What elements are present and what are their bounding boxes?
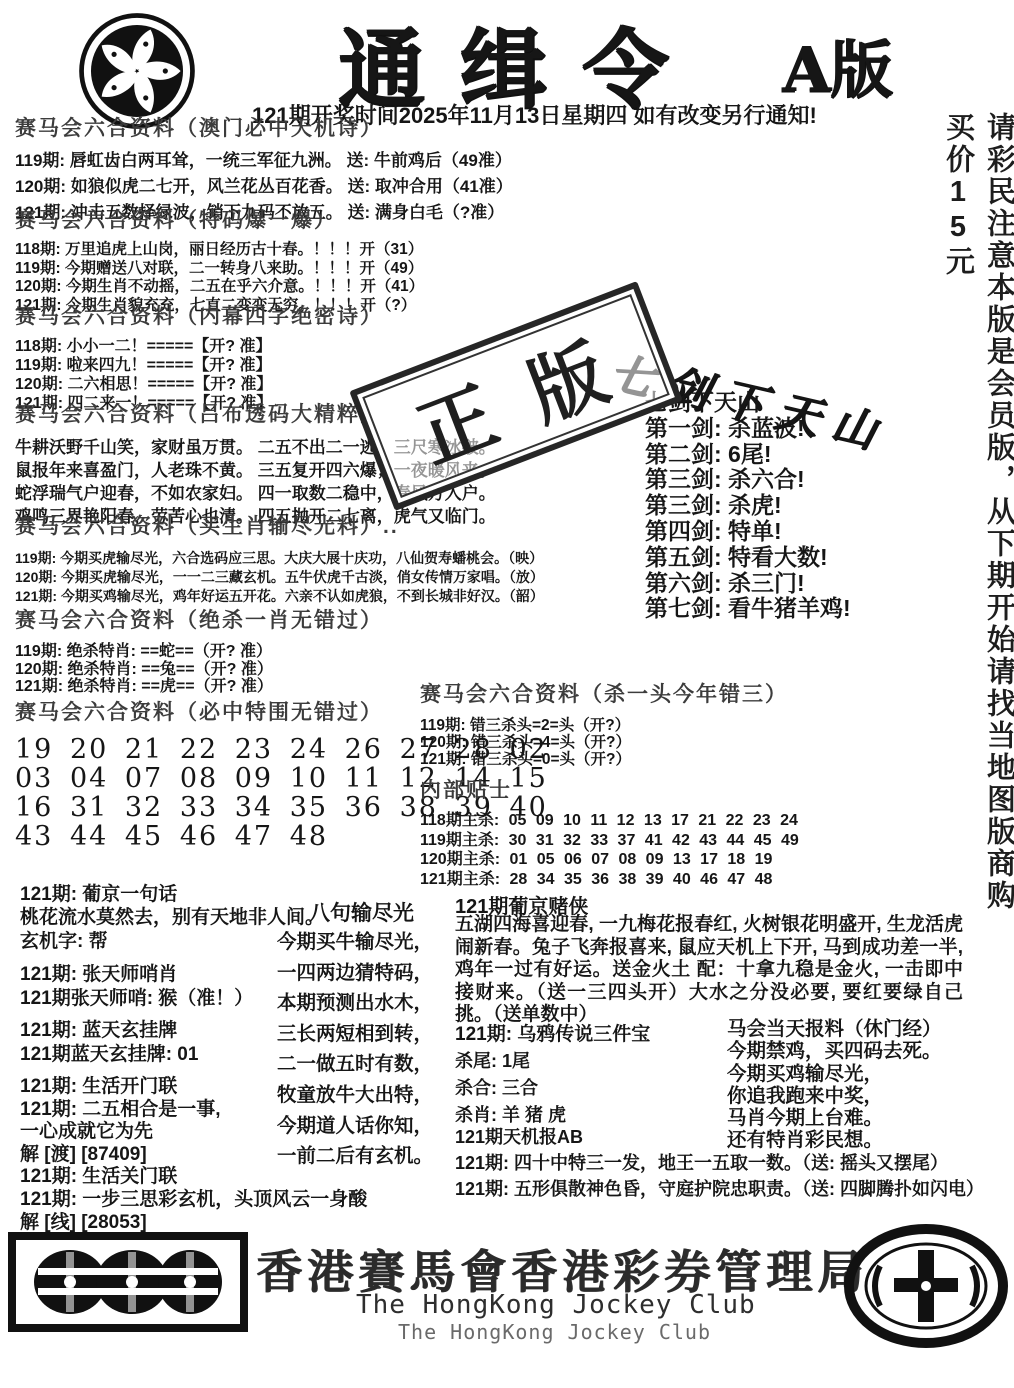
zhang-tianshi-title: 121期: 张天师哨肖 [20, 959, 177, 986]
kill-number-row: 120期主杀: 01 05 06 07 08 09 13 17 18 19 [420, 850, 960, 870]
data-line: 120期: 今期买虎输尽光，一一二三藏玄机。五牛伏虎千古淡，俏女传情万家唱。（放… [15, 568, 655, 587]
report-line: 今期禁鸡，买四码去死。 [727, 1040, 942, 1062]
lantian-line: 121期蓝天玄挂牌: 01 [20, 1039, 198, 1066]
sword-item: 第六剑: 杀三门! [645, 571, 851, 597]
inner-tips-title: 内部贴士 [420, 774, 960, 804]
section-title: 赛马会六合资料（澳门必中天机诗） [15, 112, 655, 142]
tianji-line: 121期: 四十中特三一发，地王一五取一数。（送: 摇头又摆尾） [455, 1150, 984, 1176]
verse-line: 二一做五时有数， [277, 1050, 433, 1081]
eight-verse: 今期买牛输尽光， 一四两边猜特码， 本期预测出水木， 三长两短相到转， 二一做五… [277, 928, 433, 1173]
lantian-title: 121期: 蓝天玄挂牌 [20, 1015, 177, 1042]
tianji-line: 121期: 五形俱散神色昏，守庭护院忠职责。（送: 四脚腾扑如闪电） [455, 1176, 984, 1202]
data-line: 120期: 今期生肖不动摇，二五在乎六介意。！！！开（41） [15, 278, 655, 297]
crow-line: 杀合: 三合 [455, 1075, 650, 1102]
data-line: 120期: 绝杀特肖: ==兔==（开? 准） [15, 661, 655, 679]
seven-swords-list: 七剑下天山 第一剑: 杀蓝波! 第二剑: 6尾! 第三剑: 杀六合! 第三剑: … [645, 390, 851, 622]
verse-line: 三长两短相到转， [277, 1020, 433, 1051]
sword-item: 第三剑: 杀六合! [645, 467, 851, 493]
sword-item: 第四剑: 特单! [645, 519, 851, 545]
pujing-dux-text: 五湖四海喜迎春, 一九梅花报春红, 火树银花明盛开, 生龙活虎闹新春。兔子飞奔报… [455, 914, 963, 1027]
section-tema-bao: 赛马会六合资料（特码爆一爆） 118期: 万里追虎上山岗，丽日经历古十春。！！！… [15, 204, 655, 315]
kill-number-row: 118期主杀: 05 09 10 11 12 13 17 21 22 23 24 [420, 811, 960, 831]
sword-item: 第五剑: 特看大数! [645, 545, 851, 571]
crow-legend-block: 121期: 乌鸦传说三件宝 杀尾: 1尾 杀合: 三合 杀肖: 羊 猪 虎 [455, 1021, 650, 1129]
verse-line: 今期买牛输尽光， [277, 928, 433, 959]
crow-line: 杀尾: 1尾 [455, 1048, 650, 1075]
report-line: 今期买鸡输尽光， [727, 1063, 942, 1085]
footer-english-subtitle: The HongKong Jockey Club [398, 1320, 711, 1344]
section-title: 赛马会六合资料（买生肖输尽光料）.. [15, 510, 655, 540]
sword-item: 第二剑: 6尾! [645, 442, 851, 468]
report-line: 你追我跑来中奖， [727, 1085, 942, 1107]
data-line: 119期: 今期赠送八对联，二一转身八来助。！！！开（49） [15, 260, 655, 279]
sword-item: 第七剑: 看牛猪羊鸡! [645, 596, 851, 622]
sword-item: 第三剑: 杀虎! [645, 493, 851, 519]
daily-report-title: 马会当天报料（休门经） [727, 1018, 942, 1040]
section-title: 赛马会六合资料（杀一头今年错三） [420, 678, 960, 708]
guanmen-jie: 解 [线] [28053] [20, 1207, 147, 1234]
verse-line: 一四两边猜特码， [277, 959, 433, 990]
data-line: 蛇浮瑞气户迎春，不如农家妇。 四一取数二稳中，春风方入户。 [15, 482, 655, 505]
kill-number-row: 121期主杀: 28 34 35 36 38 39 40 46 47 48 [420, 870, 960, 890]
data-line: 119期: 今期买虎输尽光，六合选码应三思。大庆大展十庆功，八仙贺寿蟠桃会。（映… [15, 549, 655, 568]
sword-item: 第一剑: 杀蓝波! [645, 416, 851, 442]
section-shayitou: 赛马会六合资料（杀一头今年错三） 119期: 错三杀头=2=头（开?） 120期… [420, 678, 960, 889]
data-line: 120期: 如狼似虎二七开，风兰花丛百花香。 送: 取冲合用（41准） [15, 174, 655, 200]
zhang-tianshi-line: 121期张天师哨: 猴（准！） [20, 983, 253, 1010]
pujing-phrase-line: 桃花流水莫然去，别有天地非人间。 [20, 902, 324, 929]
data-line: 121期: 错三杀头=0=头（开?） [420, 751, 960, 768]
tianji-title: 121期天机报AB [455, 1124, 984, 1150]
footer-english-title: The HongKong Jockey Club [356, 1290, 756, 1320]
data-line: 119期: 唇虹齿白两耳耸，一统三军征九洲。 送: 牛前鸡后（49准） [15, 148, 655, 174]
data-line: 119期: 错三杀头=2=头（开?） [420, 717, 960, 734]
kill-number-row: 119期主杀: 30 31 32 33 37 41 42 43 44 45 49 [420, 831, 960, 851]
verse-line: 一前二后有玄机。 [277, 1142, 433, 1173]
tip-sheet-page: 通缉令 A版 121期开奖时间2025年11月13日星期四 如有改变另行通知! … [0, 0, 1014, 1388]
verse-line: 本期预测出水木， [277, 989, 433, 1020]
data-line: 120期: 错三杀头=4=头（开?） [420, 734, 960, 751]
edition-label: A版 [782, 20, 892, 109]
ornamental-stamp-icon [8, 1232, 248, 1332]
eight-verse-title: 八句输尽光 [309, 897, 414, 927]
data-line: 118期: 万里追虎上山岗，丽日经历古十春。！！！开（31） [15, 241, 655, 260]
section-title: 赛马会六合资料（特码爆一爆） [15, 204, 655, 234]
verse-line: 今期道人话你知， [277, 1112, 433, 1143]
jockey-club-seal-icon [842, 1222, 1010, 1350]
verse-line: 牧童放牛大出特， [277, 1081, 433, 1112]
data-line: 119期: 绝杀特肖: ==蛇==（开? 准） [15, 643, 655, 661]
data-line: 鼠报年来喜盈门，人老珠不黄。 三五复开四六爆；一夜暖风来。 [15, 459, 655, 482]
section-title: 赛马会六合资料（绝杀一肖无错过） [15, 604, 655, 634]
mystery-word: 玄机字: 帮 [20, 926, 108, 953]
crow-title: 121期: 乌鸦传说三件宝 [455, 1021, 650, 1048]
section-shengxiao: 赛马会六合资料（买生肖输尽光料）.. 119期: 今期买虎输尽光，六合选码应三思… [15, 510, 655, 606]
tianji-block: 121期天机报AB 121期: 四十中特三一发，地王一五取一数。（送: 摇头又摆… [455, 1124, 984, 1202]
